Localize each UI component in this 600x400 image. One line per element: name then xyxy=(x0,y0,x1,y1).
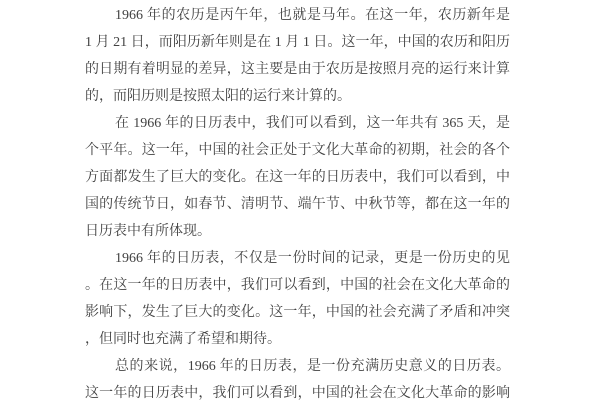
paragraph-3-line-2: 。在这一年的日历表中，我们可以看到，中国的社会在文化大革命的 xyxy=(85,272,510,299)
paragraph-2-line-3: 方面都发生了巨大的变化。在这一年的日历表中，我们可以看到，中 xyxy=(85,164,510,191)
paragraph-3-line-1: 1966 年的日历表，不仅是一份时间的记录，更是一份历史的见证 xyxy=(85,245,510,272)
paragraph-3-line-3: 影响下，发生了巨大的变化。这一年，中国的社会充满了矛盾和冲突 xyxy=(85,299,510,326)
paragraph-1-line-1: 1966 年的农历是丙午年，也就是马年。在这一年，农历新年是在 xyxy=(85,2,510,29)
paragraph-2-line-5: 日历表中有所体现。 xyxy=(85,218,510,245)
paragraph-1-line-4: 的，而阳历则是按照太阳的运行来计算的。 xyxy=(85,83,510,110)
text-block: 1966 年的农历是丙午年，也就是马年。在这一年，农历新年是在 1 月 21 日… xyxy=(85,2,510,400)
paragraph-1-line-2: 1 月 21 日，而阳历新年则是在 1 月 1 日。这一年，中国的农历和阳历 xyxy=(85,29,510,56)
paragraph-2-line-4: 国的传统节日，如春节、清明节、端午节、中秋节等，都在这一年的 xyxy=(85,191,510,218)
paragraph-1-line-3: 的日期有着明显的差异，这主要是由于农历是按照月亮的运行来计算 xyxy=(85,56,510,83)
paragraph-2-line-1: 在 1966 年的日历表中，我们可以看到，这一年共有 365 天，是一 xyxy=(85,110,510,137)
paragraph-2-line-2: 个平年。这一年，中国的社会正处于文化大革命的初期，社会的各个 xyxy=(85,137,510,164)
paragraph-4-line-2: 这一年的日历表中，我们可以看到，中国的社会在文化大革命的影响 xyxy=(85,380,510,400)
paragraph-4-line-1: 总的来说，1966 年的日历表，是一份充满历史意义的日历表。在 xyxy=(85,353,510,380)
paragraph-3-line-4: ，但同时也充满了希望和期待。 xyxy=(85,326,510,353)
